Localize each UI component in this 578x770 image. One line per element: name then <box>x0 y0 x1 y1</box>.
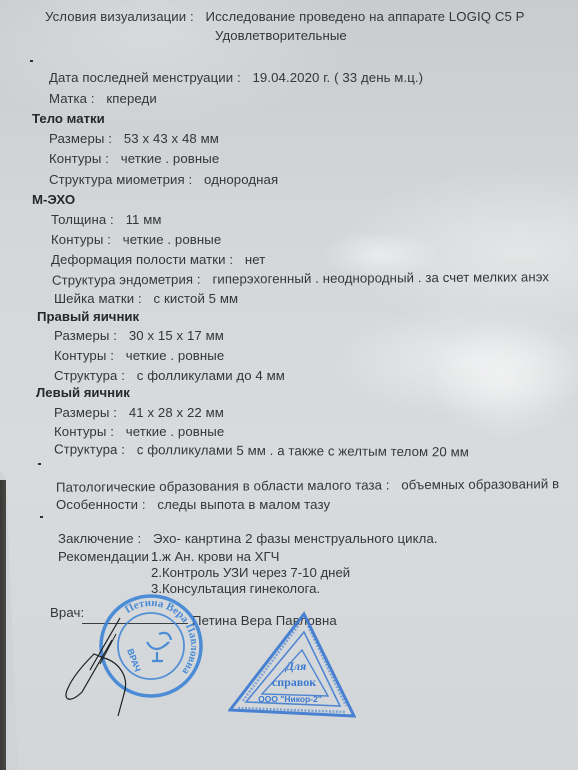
conclusion-label: Заключение : <box>58 531 141 546</box>
section-title-right-ovary: Правый яичник <box>37 309 139 324</box>
left-ovary-structure-row: Структура : с фолликулами 5 мм . а также… <box>54 442 469 460</box>
doctor-signature <box>60 600 180 720</box>
row-label: Структура миометрия : <box>49 172 192 187</box>
row-label: Контуры : <box>51 232 111 247</box>
row-label: Размеры : <box>54 328 117 343</box>
row-value: с кистой 5 мм <box>154 291 239 306</box>
myometrium-structure-row: Структура миометрия : однородная <box>49 172 278 187</box>
row-value: нет <box>245 252 266 267</box>
visualization-label: Условия визуализации : <box>45 9 194 24</box>
left-ovary-contours-row: Контуры : четкие . ровные <box>54 424 224 439</box>
row-label: Структура : <box>54 442 125 457</box>
right-ovary-structure-row: Структура : с фолликулами до 4 мм <box>54 368 285 383</box>
row-value: следы выпота в малом тазу <box>157 497 330 512</box>
visualization-value-line2: Удовлетворительные <box>215 28 347 43</box>
row-value: 30 x 15 x 17 мм <box>129 328 224 343</box>
row-value: объемных образований в <box>401 476 559 492</box>
row-label: Контуры : <box>49 151 109 166</box>
row-value: четкие . ровные <box>126 424 225 439</box>
triangle-stamp-org: ООО "Никор-2" <box>258 694 322 704</box>
row-value: 41 x 28 x 22 мм <box>129 405 224 420</box>
echo-contours-row: Контуры : четкие . ровные <box>51 232 221 247</box>
recommendation-item: 2.Контроль УЗИ через 7-10 дней <box>151 565 350 580</box>
section-title-uterus-body: Тело матки <box>32 111 105 126</box>
cavity-deformation-row: Деформация полости матки : нет <box>51 252 265 267</box>
row-value: четкие . ровные <box>121 151 220 166</box>
row-label: Шейка матки : <box>54 291 142 306</box>
row-value: гиперэхогенный . неоднородный . за счет … <box>212 269 549 286</box>
features-row: Особенности : следы выпота в малом тазу <box>56 497 330 512</box>
separator-dash <box>40 516 43 518</box>
row-value: четкие . ровные <box>126 348 225 363</box>
row-value: с фолликулами 5 мм . а также с желтым те… <box>137 442 469 459</box>
row-label: Патологические образования в области мал… <box>56 477 390 494</box>
triangle-reference-stamp: Для справок ООО "Никор-2" <box>228 610 356 720</box>
conclusion-row: Заключение : Эхо- канртина 2 фазы менстр… <box>58 531 438 546</box>
lmp-label: Дата последней менструации : <box>49 70 241 85</box>
row-label: Размеры : <box>54 405 117 420</box>
recommendation-item: 1.ж Ан. крови на ХГЧ <box>151 549 279 564</box>
separator-dash <box>38 463 41 465</box>
row-label: Толщина : <box>51 212 114 227</box>
uterus-contours-row: Контуры : четкие . ровные <box>49 151 219 166</box>
visualization-value: Исследование проведено на аппарате LOGIQ… <box>206 9 525 24</box>
triangle-stamp-line1: Для <box>285 659 307 673</box>
row-value: с фолликулами до 4 мм <box>137 368 285 383</box>
row-label: Особенности : <box>56 497 146 512</box>
uterus-value: кпереди <box>106 91 156 106</box>
section-title-left-ovary: Левый яичник <box>36 385 130 400</box>
row-value: 53 x 43 x 48 мм <box>124 131 219 146</box>
conclusion-value: Эхо- канртина 2 фазы менструального цикл… <box>153 531 438 546</box>
visualization-row: Условия визуализации : Исследование пров… <box>45 9 525 24</box>
row-value: четкие . ровные <box>123 232 222 247</box>
left-ovary-size-row: Размеры : 41 x 28 x 22 мм <box>54 405 224 420</box>
echo-thickness-row: Толщина : 11 мм <box>51 212 162 227</box>
row-label: Деформация полости матки : <box>51 252 233 267</box>
lmp-value: 19.04.2020 г. ( 33 день м.ц.) <box>252 70 423 85</box>
row-value: 11 мм <box>126 212 162 227</box>
recommendations-label: Рекомендации : <box>58 549 157 564</box>
uterus-label: Матка : <box>49 91 95 106</box>
row-label: Контуры : <box>54 424 114 439</box>
row-label: Структура : <box>54 368 125 383</box>
right-ovary-size-row: Размеры : 30 x 15 x 17 мм <box>54 328 224 343</box>
row-label: Размеры : <box>49 131 112 146</box>
separator-dash <box>30 60 33 62</box>
uterus-position-row: Матка : кпереди <box>49 91 157 106</box>
uterus-size-row: Размеры : 53 x 43 x 48 мм <box>49 131 219 146</box>
row-label: Структура эндометрия : <box>52 272 201 288</box>
row-value: однородная <box>204 172 278 187</box>
right-ovary-contours-row: Контуры : четкие . ровные <box>54 348 224 363</box>
row-label: Контуры : <box>54 348 114 363</box>
triangle-stamp-line2: справок <box>272 675 316 689</box>
section-title-m-echo: М-ЭХО <box>32 192 75 207</box>
cervix-row: Шейка матки : с кистой 5 мм <box>54 291 238 306</box>
lmp-row: Дата последней менструации : 19.04.2020 … <box>49 70 423 85</box>
